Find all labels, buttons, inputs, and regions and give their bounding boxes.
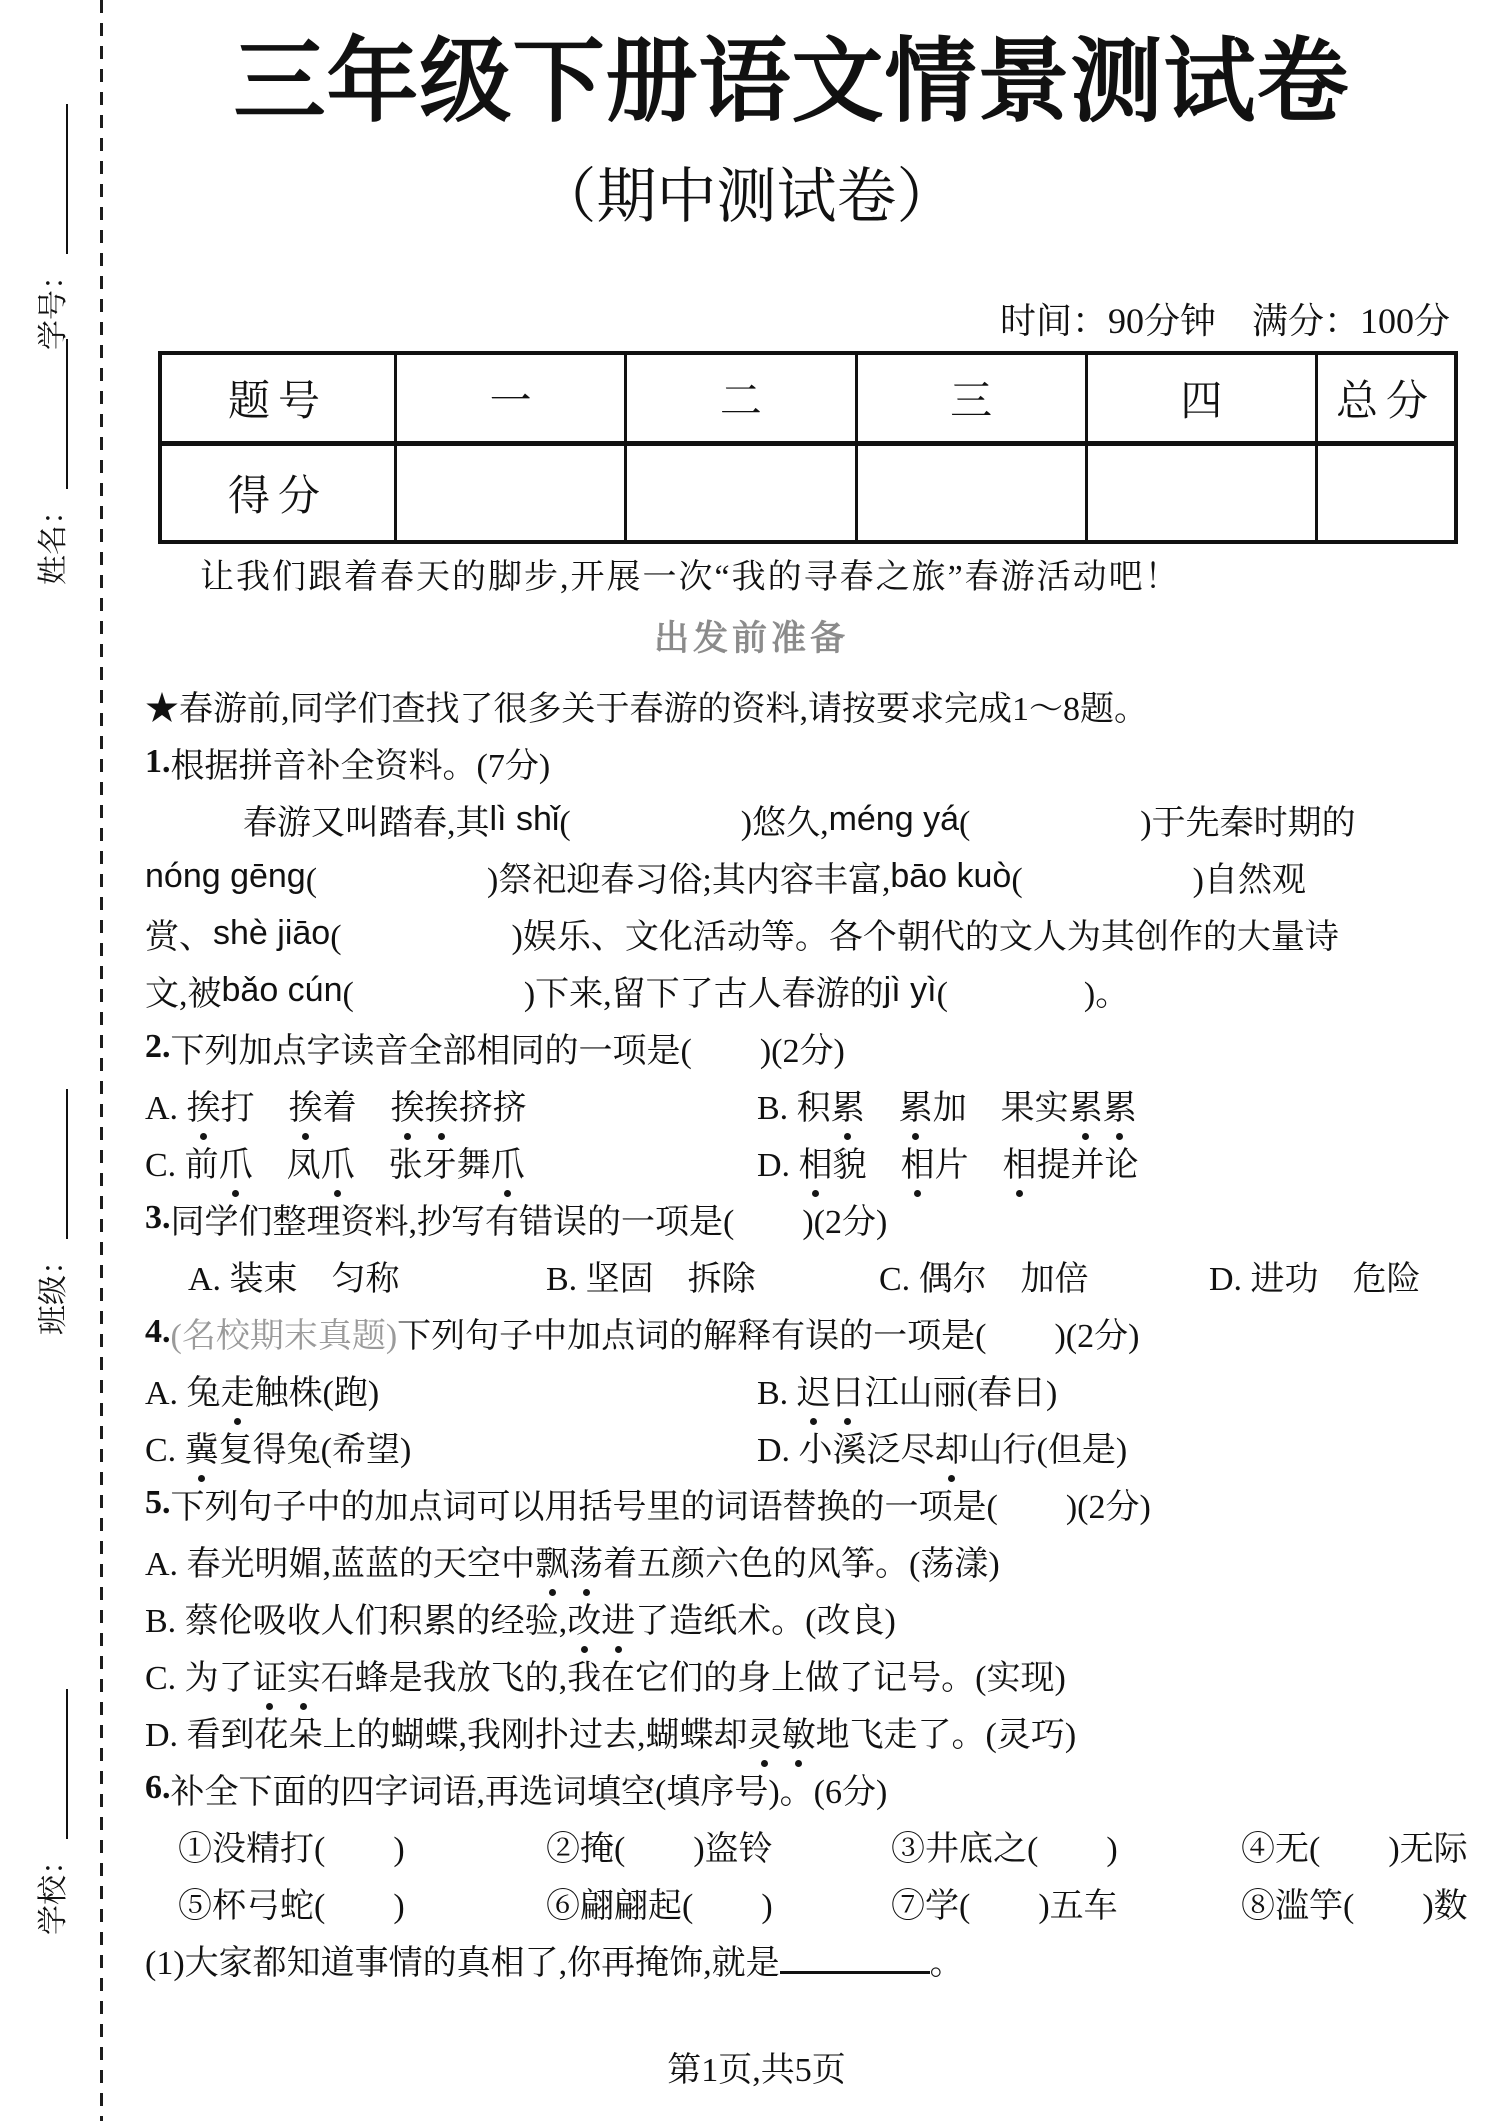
q4-stem: 4. (名校期末真题)下列句子中加点词的解释有误的一项是( )(2分) xyxy=(143,1304,1480,1361)
q3-option-b: B. 坚固 拆除 xyxy=(546,1251,879,1300)
q3-options-row: A. 装束 匀称 B. 坚固 拆除 C. 偶尔 加倍 D. 进功 危险 xyxy=(143,1247,1480,1304)
q4-option-b: B. 迟日江山丽(春日) xyxy=(757,1365,1480,1414)
main-content: 三年级下册语文情景测试卷 （期中测试卷） 时间：90分钟 满分：100分 题号 … xyxy=(103,0,1500,1988)
section-2-header: 二 xyxy=(626,353,856,444)
score-label: 得分 xyxy=(160,444,396,543)
page-subtitle: （期中测试卷） xyxy=(143,164,1480,230)
time-score-info: 时间：90分钟 满分：100分 xyxy=(143,302,1480,342)
star-note: ★春游前,同学们查找了很多关于春游的资料,请按要求完成1～8题。 xyxy=(143,677,1480,734)
q3-option-d: D. 进功 危险 xyxy=(1209,1251,1480,1300)
q4-options-row-1: A. 兔走触株(跑) B. 迟日江山丽(春日) xyxy=(143,1361,1480,1418)
q6-idiom-5: ⑤杯弓蛇( ) xyxy=(178,1878,546,1927)
q6-idiom-8: ⑧滥竽( )数 xyxy=(1241,1878,1480,1927)
q5-option-b: B. 蔡伦吸收人们积累的经验,改进了造纸术。(改良) xyxy=(143,1589,1480,1646)
q2-option-c: C. 前爪 凤爪 张牙舞爪 xyxy=(145,1137,757,1186)
school-blank-line xyxy=(32,1689,68,1839)
q6-idiom-2: ②掩( )盗铃 xyxy=(546,1821,891,1870)
q6-idiom-1: ①没精打( ) xyxy=(178,1821,546,1870)
section-title: 出发前准备 xyxy=(143,611,1480,661)
q3-option-c: C. 偶尔 加倍 xyxy=(879,1251,1209,1300)
total-score-header: 总分 xyxy=(1317,353,1457,444)
q1-text-line-2: nóng gēng( )祭祀迎春习俗;其内容丰富,bāo kuò( )自然观 xyxy=(143,848,1480,905)
q4-option-c: C. 冀复得兔(希望) xyxy=(145,1422,757,1471)
q4-option-d: D. 小溪泛尽却山行(但是) xyxy=(757,1422,1480,1471)
margin-field-class: 班级： xyxy=(30,1089,70,1335)
q6-idiom-3: ③井底之( ) xyxy=(891,1821,1241,1870)
q6-idioms-row-2: ⑤杯弓蛇( ) ⑥翩翩起( ) ⑦学( )五车 ⑧滥竽( )数 xyxy=(143,1874,1480,1931)
q1-text-line-4: 文,被bǎo cún ( )下来,留下了古人春游的jì yì( )。 xyxy=(143,962,1480,1019)
q2-stem: 2. 下列加点字读音全部相同的一项是( )(2分) xyxy=(143,1019,1480,1076)
q6-idiom-4: ④无( )无际 xyxy=(1241,1821,1480,1870)
q2-options-row-2: C. 前爪 凤爪 张牙舞爪 D. 相貌 相片 相提并论 xyxy=(143,1133,1480,1190)
q6-idiom-7: ⑦学( )五车 xyxy=(891,1878,1241,1927)
score-cell-total xyxy=(1317,444,1457,543)
q1-stem: 1. 根据拼音补全资料。(7分) xyxy=(143,734,1480,791)
intro-lead: 让我们跟着春天的脚步,开展一次“我的寻春之旅”春游活动吧！ xyxy=(143,558,1480,598)
q6-idiom-6: ⑥翩翩起( ) xyxy=(546,1878,891,1927)
score-cell-3 xyxy=(856,444,1086,543)
margin-field-student-id: 学号： xyxy=(30,104,70,350)
section-1-header: 一 xyxy=(396,353,626,444)
school-label: 学校： xyxy=(28,1845,72,1935)
q1-text-line-1: 春游又叫踏春,其lì shǐ( )悠久,méng yá( )于先秦时期的 xyxy=(143,791,1480,848)
q2-option-d: D. 相貌 相片 相提并论 xyxy=(757,1137,1480,1186)
margin-field-school: 学校： xyxy=(30,1689,70,1935)
score-table: 题号 一 二 三 四 总分 得分 xyxy=(158,351,1458,544)
q6-idioms-row-1: ①没精打( ) ②掩( )盗铃 ③井底之( ) ④无( )无际 xyxy=(143,1817,1480,1874)
class-label: 班级： xyxy=(28,1245,72,1335)
q6-subquestion-1: (1)大家都知道事情的真相了,你再掩饰,就是。 xyxy=(143,1931,1480,1988)
q5-option-d: D. 看到花朵上的蝴蝶,我刚扑过去,蝴蝶却灵敏地飞走了。(灵巧) xyxy=(143,1703,1480,1760)
score-cell-1 xyxy=(396,444,626,543)
q3-option-a: A. 装束 匀称 xyxy=(188,1251,546,1300)
question-body: ★春游前,同学们查找了很多关于春游的资料,请按要求完成1～8题。 1. 根据拼音… xyxy=(143,677,1480,1988)
section-3-header: 三 xyxy=(856,353,1086,444)
name-blank-line xyxy=(32,339,68,489)
name-label: 姓名： xyxy=(28,495,72,585)
q5-stem: 5. 下列句子中的加点词可以用括号里的词语替换的一项是( )(2分) xyxy=(143,1475,1480,1532)
q6-stem: 6. 补全下面的四字词语,再选词填空(填序号)。(6分) xyxy=(143,1760,1480,1817)
q3-stem: 3. 同学们整理资料,抄写有错误的一项是( )(2分) xyxy=(143,1190,1480,1247)
class-blank-line xyxy=(32,1089,68,1239)
q2-options-row-1: A. 挨打 挨着 挨挨挤挤 B. 积累 累加 果实累累 xyxy=(143,1076,1480,1133)
score-table-header-row: 题号 一 二 三 四 总分 xyxy=(160,353,1456,444)
score-cell-4 xyxy=(1086,444,1316,543)
q4-option-a: A. 兔走触株(跑) xyxy=(145,1365,757,1414)
exam-page: 学号： 姓名： 班级： 学校： 三年级下册语文情景测试卷 （期中测试卷） 时间：… xyxy=(0,0,1500,2121)
q4-options-row-2: C. 冀复得兔(希望) D. 小溪泛尽却山行(但是) xyxy=(143,1418,1480,1475)
q2-option-a: A. 挨打 挨着 挨挨挤挤 xyxy=(145,1080,757,1129)
page-number: 第1页,共5页 xyxy=(103,2042,1500,2091)
student-id-blank-line xyxy=(32,104,68,254)
q5-option-c: C. 为了证实石蜂是我放飞的,我在它们的身上做了记号。(实现) xyxy=(143,1646,1480,1703)
q1-text-line-3: 赏、shè jiāo( )娱乐、文化活动等。各个朝代的文人为其创作的大量诗 xyxy=(143,905,1480,962)
q5-option-a: A. 春光明媚,蓝蓝的天空中飘荡着五颜六色的风筝。(荡漾) xyxy=(143,1532,1480,1589)
margin-field-name: 姓名： xyxy=(30,339,70,585)
question-number-label: 题号 xyxy=(160,353,396,444)
q2-option-b: B. 积累 累加 果实累累 xyxy=(757,1080,1480,1129)
section-4-header: 四 xyxy=(1086,353,1316,444)
score-cell-2 xyxy=(626,444,856,543)
student-id-label: 学号： xyxy=(28,260,72,350)
page-title: 三年级下册语文情景测试卷 xyxy=(143,30,1480,136)
score-table-score-row: 得分 xyxy=(160,444,1456,543)
